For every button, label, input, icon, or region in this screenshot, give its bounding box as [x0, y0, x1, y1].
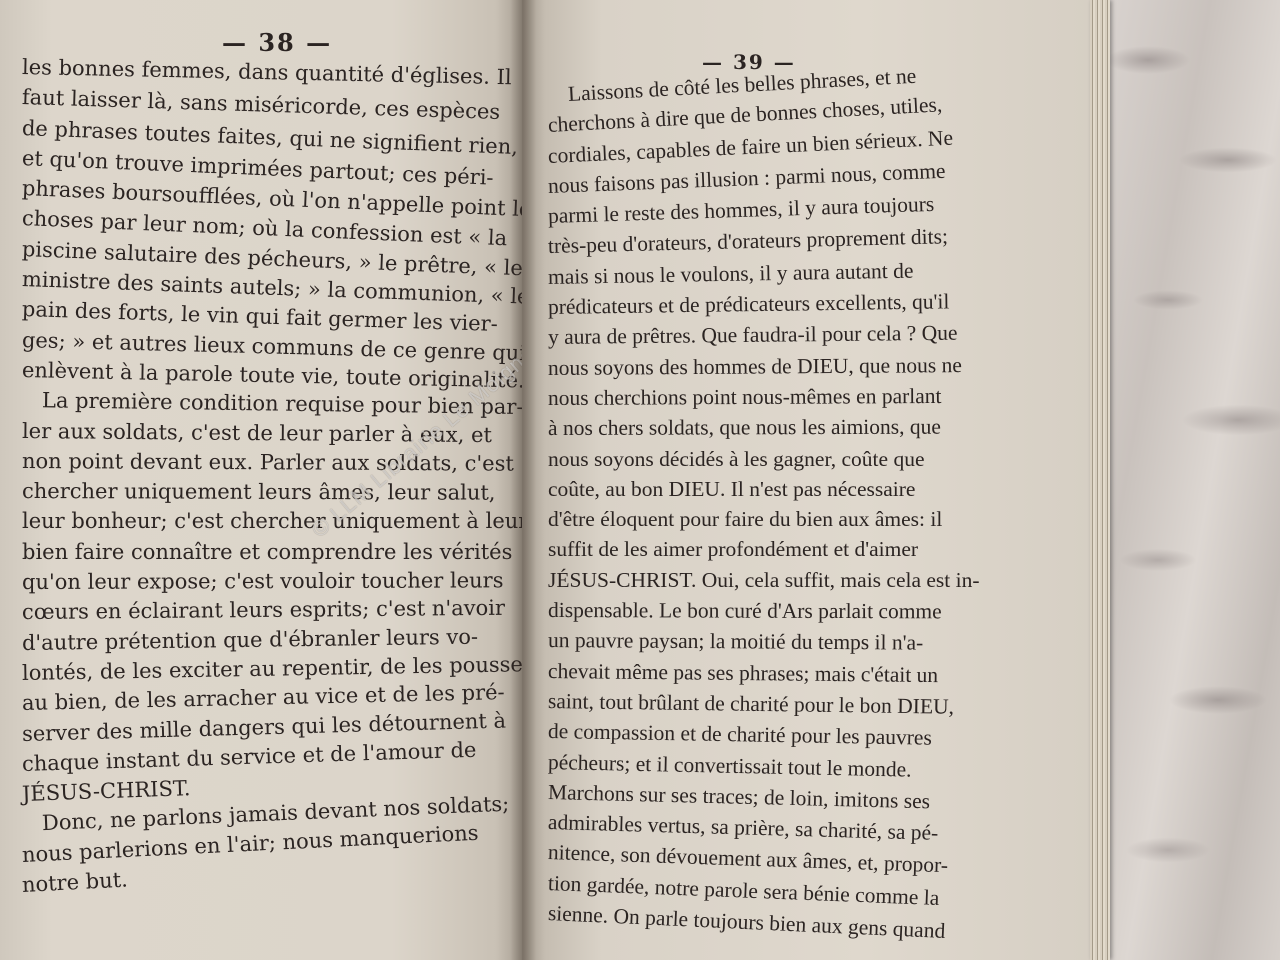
text-line: chevait même pas ses phrases; mais c'éta…	[548, 656, 1048, 692]
right-page-text: Laissons de côté les belles phrases, et …	[548, 80, 1048, 928]
text-line: à nos chers soldats, que nous les aimion…	[548, 412, 1048, 444]
text-line: chercher uniquement leurs âmes, leur sal…	[22, 476, 502, 508]
text-line: coûte, au bon DIEU. Il n'est pas nécessa…	[548, 474, 1048, 504]
text-line: y aura de prêtres. Que faudra-il pour ce…	[548, 317, 1048, 353]
text-line: leur bonheur; c'est chercher uniquement …	[22, 506, 502, 536]
text-line: nous soyons des hommes de DIEU, que nous…	[548, 349, 1048, 383]
text-line: nous cherchions point nous-mêmes en parl…	[548, 380, 1048, 413]
marble-background	[1108, 0, 1280, 960]
left-page: — 38 — les bonnes femmes, dans quantité …	[0, 0, 522, 960]
text-line: un pauvre paysan; la moitié du temps il …	[548, 625, 1048, 659]
right-page: — 39 — Laissons de côté les belles phras…	[522, 0, 1092, 960]
text-line: d'être éloquent pour faire du bien aux â…	[548, 504, 1048, 534]
text-line: bien faire connaître et comprendre les v…	[22, 537, 502, 567]
left-page-text: les bonnes femmes, dans quantité d'églis…	[22, 52, 502, 900]
page-edges	[1090, 0, 1110, 960]
book-gutter	[510, 0, 536, 960]
text-line: suffit de les aimer profondément et d'ai…	[548, 534, 1048, 564]
text-line: nous soyons décidés à les gagner, coûte …	[548, 444, 1048, 474]
text-line: dispensable. Le bon curé d'Ars parlait c…	[548, 595, 1048, 627]
text-line: JÉSUS-CHRIST. Oui, cela suffit, mais cel…	[548, 565, 1048, 595]
